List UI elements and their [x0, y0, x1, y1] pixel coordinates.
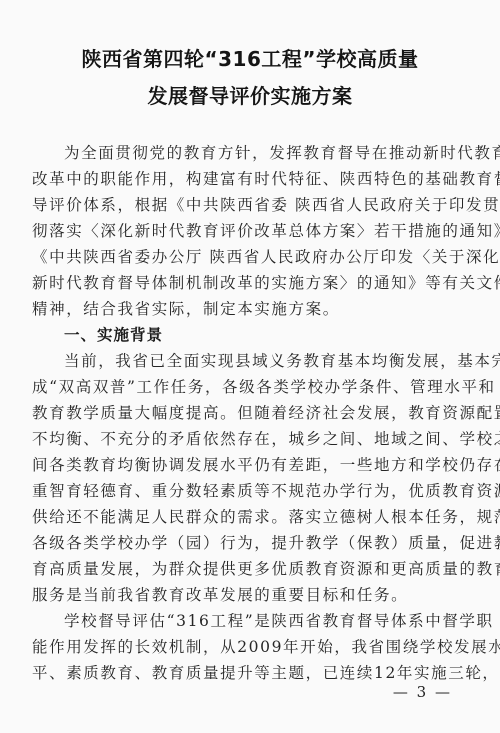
body-line: 供给还不能满足人民群众的需求。落实立德树人根本任务，规范: [32, 504, 452, 530]
body-line: 间各类教育均衡协调发展水平仍有差距，一些地方和学校仍存在: [32, 452, 452, 478]
body-line: 成“双高双普”工作任务，各级各类学校办学条件、管理水平和: [32, 374, 452, 400]
document-title-line-1: 陕西省第四轮“316工程”学校高质量: [0, 46, 500, 72]
body-line: 新时代教育督导体制机制改革的实施方案〉的通知》等有关文件: [32, 270, 452, 296]
body-line: 不均衡、不充分的矛盾依然存在，城乡之间、地域之间、学校之: [32, 426, 452, 452]
body-line: 重智育轻德育、重分数轻素质等不规范办学行为，优质教育资源: [32, 478, 452, 504]
body-line: 能作用发挥的长效机制，从2009年开始，我省围绕学校发展水: [32, 634, 452, 660]
body-line: 导评价体系，根据《中共陕西省委 陕西省人民政府关于印发贯: [32, 192, 452, 218]
body-line: 平、素质教育、教育质量提升等主题，已连续12年实施三轮，: [32, 660, 452, 686]
body-line: 学校督导评估“316工程”是陕西省教育督导体系中督学职: [32, 608, 452, 634]
body-line: 彻落实〈深化新时代教育评价改革总体方案〉若干措施的通知》: [32, 218, 452, 244]
section-heading: 一、实施背景: [32, 322, 452, 348]
body-line: 当前，我省已全面实现县域义务教育基本均衡发展，基本完: [32, 348, 452, 374]
body-line: 教育教学质量大幅度提高。但随着经济社会发展，教育资源配置: [32, 400, 452, 426]
body-line: 《中共陕西省委办公厅 陕西省人民政府办公厅印发〈关于深化: [32, 244, 452, 270]
body-line: 改革中的职能作用，构建富有时代特征、陕西特色的基础教育督: [32, 166, 452, 192]
body-line: 服务是当前我省教育改革发展的重要目标和任务。: [32, 582, 452, 608]
body-line: 为全面贯彻党的教育方针，发挥教育督导在推动新时代教育: [32, 140, 452, 166]
body-line: 精神，结合我省实际，制定本实施方案。: [32, 296, 452, 322]
page-number: — 3 —: [393, 683, 452, 701]
body-line: 育高质量发展，为群众提供更多优质教育资源和更高质量的教育: [32, 556, 452, 582]
body-line: 各级各类学校办学（园）行为，提升教学（保教）质量，促进教: [32, 530, 452, 556]
document-page: 陕西省第四轮“316工程”学校高质量 发展督导评价实施方案 为全面贯彻党的教育方…: [0, 0, 500, 733]
document-body: 为全面贯彻党的教育方针，发挥教育督导在推动新时代教育 改革中的职能作用，构建富有…: [32, 140, 452, 686]
document-title-line-2: 发展督导评价实施方案: [0, 83, 500, 109]
